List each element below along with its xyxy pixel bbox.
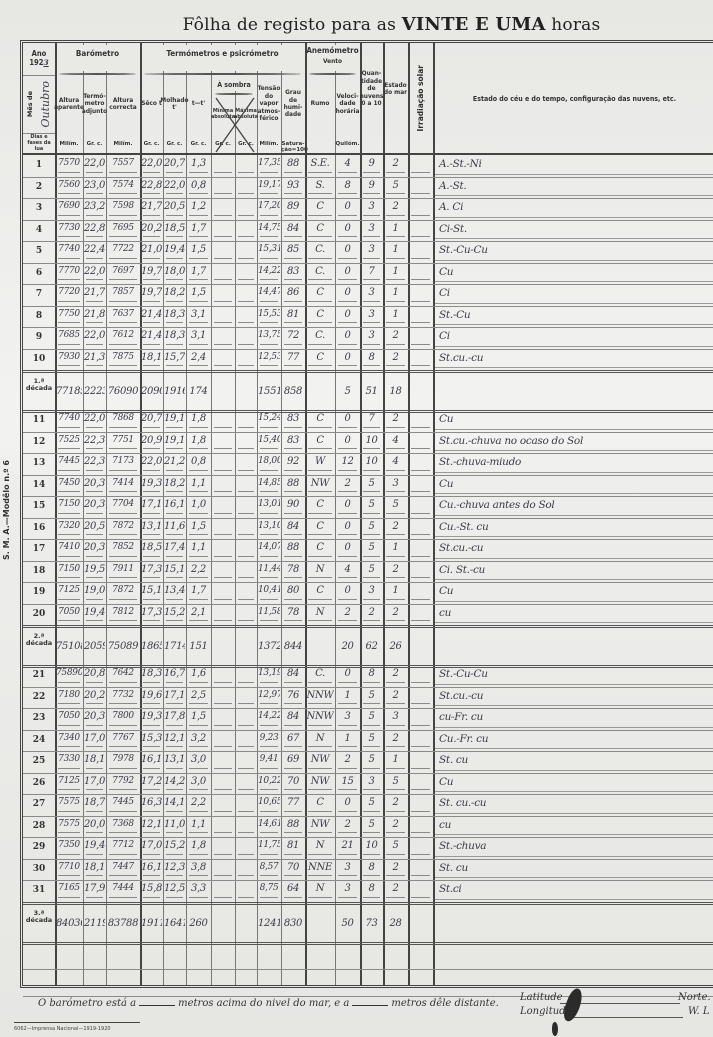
cell-seco[interactable]: 21,4 bbox=[141, 309, 162, 320]
cell-seco[interactable]: 18,1 bbox=[141, 352, 162, 363]
cell-alt-ap[interactable]: 7450 bbox=[56, 478, 82, 488]
cell-vel[interactable]: 0 bbox=[336, 585, 359, 596]
cell-molh[interactable]: 22,0 bbox=[164, 180, 185, 191]
cell-sky-description[interactable]: St.cu.-cu bbox=[435, 542, 709, 554]
cell-rumo[interactable]: NNW bbox=[306, 690, 334, 701]
cell-alt-cor[interactable]: 7857 bbox=[107, 287, 139, 297]
cell-hum[interactable]: 89 bbox=[282, 201, 304, 212]
cell-dif[interactable]: 2,1 bbox=[187, 607, 210, 618]
cell-dif[interactable]: 3,0 bbox=[187, 776, 210, 787]
cell-vel[interactable]: 0 bbox=[336, 201, 359, 212]
cell-tensao[interactable]: 10,65 bbox=[258, 797, 280, 807]
cell-hum[interactable]: 90 bbox=[282, 499, 304, 510]
cell-seco[interactable]: 17,2 bbox=[141, 776, 162, 787]
cell-tensao[interactable]: 8,57 bbox=[258, 862, 280, 872]
cell-rumo[interactable]: C. bbox=[306, 668, 334, 679]
cell-term[interactable]: 17,0 bbox=[84, 776, 105, 787]
cell-mar[interactable]: 3 bbox=[384, 711, 407, 722]
cell-tensao[interactable]: 12,53 bbox=[258, 352, 280, 362]
cell-term[interactable]: 20,3 bbox=[84, 478, 105, 489]
cell-hum[interactable]: 85 bbox=[282, 244, 304, 255]
cell-seco[interactable]: 12,1 bbox=[141, 819, 162, 830]
cell-molh[interactable]: 11,6 bbox=[164, 521, 185, 532]
cell-sky-description[interactable]: St.cu.-chuva no ocaso do Sol bbox=[435, 435, 709, 447]
cell-alt-cor[interactable]: 7852 bbox=[107, 542, 139, 552]
cell-seco[interactable]: 1865 bbox=[141, 641, 162, 652]
cell-hum[interactable]: 80 bbox=[282, 585, 304, 596]
cell-molh[interactable]: 15,7 bbox=[164, 352, 185, 363]
cell-rumo[interactable]: C bbox=[306, 309, 334, 320]
cell-alt-ap[interactable]: 77185 bbox=[56, 386, 82, 397]
cell-seco[interactable]: 13,1 bbox=[141, 521, 162, 532]
cell-molh[interactable]: 14,2 bbox=[164, 776, 185, 787]
cell-alt-ap[interactable]: 7690 bbox=[56, 201, 82, 211]
cell-term[interactable]: 22,8 bbox=[84, 223, 105, 234]
cell-sky-description[interactable]: cu bbox=[435, 819, 709, 831]
cell-hum[interactable]: 844 bbox=[282, 641, 304, 652]
cell-alt-ap[interactable]: 7770 bbox=[56, 266, 82, 276]
cell-term[interactable]: 23,0 bbox=[84, 180, 105, 191]
cell-vel[interactable]: 0 bbox=[336, 244, 359, 255]
cell-sky-description[interactable]: St. cu bbox=[435, 862, 709, 874]
cell-nuv[interactable]: 5 bbox=[361, 797, 382, 808]
cell-rumo[interactable]: NNE bbox=[306, 862, 334, 873]
cell-alt-ap[interactable]: 7560 bbox=[56, 180, 82, 190]
cell-seco[interactable]: 20,7 bbox=[141, 413, 162, 424]
cell-vel[interactable]: 0 bbox=[336, 330, 359, 341]
cell-term[interactable]: 19,4 bbox=[84, 607, 105, 618]
cell-sky-description[interactable]: Ci-St. bbox=[435, 223, 709, 235]
cell-term[interactable]: 22,0 bbox=[84, 413, 105, 424]
cell-rumo[interactable]: N bbox=[306, 564, 334, 575]
cell-hum[interactable]: 83 bbox=[282, 266, 304, 277]
cell-tensao[interactable]: 15,31 bbox=[258, 244, 280, 254]
cell-rumo[interactable]: C bbox=[306, 585, 334, 596]
cell-hum[interactable]: 81 bbox=[282, 840, 304, 851]
cell-mar[interactable]: 1 bbox=[384, 244, 407, 255]
cell-dif[interactable]: 2,4 bbox=[187, 352, 210, 363]
cell-dif[interactable]: 1,6 bbox=[187, 668, 210, 679]
cell-dif[interactable]: 2,2 bbox=[187, 797, 210, 808]
cell-molh[interactable]: 20,5 bbox=[164, 201, 185, 212]
cell-seco[interactable]: 17,3 bbox=[141, 564, 162, 575]
cell-mar[interactable]: 2 bbox=[384, 521, 407, 532]
cell-rumo[interactable]: C. bbox=[306, 330, 334, 341]
cell-rumo[interactable]: S. bbox=[306, 180, 334, 191]
cell-mar[interactable]: 1 bbox=[384, 754, 407, 765]
cell-term[interactable]: 22,3 bbox=[84, 435, 105, 446]
cell-alt-cor[interactable]: 83788 bbox=[107, 918, 139, 929]
cell-hum[interactable]: 77 bbox=[282, 797, 304, 808]
cell-term[interactable]: 22,4 bbox=[84, 244, 105, 255]
cell-dif[interactable]: 0,8 bbox=[187, 180, 210, 191]
cell-seco[interactable]: 15,3 bbox=[141, 733, 162, 744]
cell-rumo[interactable]: C bbox=[306, 201, 334, 212]
cell-mar[interactable]: 2 bbox=[384, 690, 407, 701]
cell-alt-ap[interactable]: 7150 bbox=[56, 499, 82, 509]
cell-sky-description[interactable]: St. cu bbox=[435, 754, 709, 766]
cell-hum[interactable]: 93 bbox=[282, 180, 304, 191]
cell-nuv[interactable]: 10 bbox=[361, 840, 382, 851]
cell-mar[interactable]: 5 bbox=[384, 180, 407, 191]
cell-dif[interactable]: 1,5 bbox=[187, 244, 210, 255]
cell-sky-description[interactable]: A.-St.-Ni bbox=[435, 158, 709, 170]
cell-dif[interactable]: 1,1 bbox=[187, 478, 210, 489]
cell-mar[interactable]: 2 bbox=[384, 733, 407, 744]
cell-sky-description[interactable]: St.ci bbox=[435, 883, 709, 895]
cell-nuv[interactable]: 10 bbox=[361, 435, 382, 446]
cell-nuv[interactable]: 8 bbox=[361, 352, 382, 363]
cell-molh[interactable]: 18,2 bbox=[164, 478, 185, 489]
cell-alt-ap[interactable]: 75108 bbox=[56, 641, 82, 652]
cell-hum[interactable]: 76 bbox=[282, 690, 304, 701]
cell-hum[interactable]: 86 bbox=[282, 287, 304, 298]
cell-mar[interactable]: 2 bbox=[384, 564, 407, 575]
cell-mar[interactable]: 2 bbox=[384, 862, 407, 873]
cell-mar[interactable]: 3 bbox=[384, 478, 407, 489]
cell-alt-ap[interactable]: 7165 bbox=[56, 883, 82, 893]
cell-hum[interactable]: 88 bbox=[282, 819, 304, 830]
cell-dif[interactable]: 1,5 bbox=[187, 287, 210, 298]
cell-rumo[interactable]: NW bbox=[306, 754, 334, 765]
cell-sky-description[interactable]: St.cu.-cu bbox=[435, 690, 709, 702]
cell-tensao[interactable]: 14,22 bbox=[258, 266, 280, 276]
cell-seco[interactable]: 19,3 bbox=[141, 478, 162, 489]
cell-tensao[interactable]: 14,85 bbox=[258, 478, 280, 488]
cell-seco[interactable]: 17,1 bbox=[141, 499, 162, 510]
cell-molh[interactable]: 17,8 bbox=[164, 711, 185, 722]
cell-term[interactable]: 21,3 bbox=[84, 352, 105, 363]
cell-vel[interactable]: 0 bbox=[336, 287, 359, 298]
cell-molh[interactable]: 18,5 bbox=[164, 223, 185, 234]
cell-term[interactable]: 22,3 bbox=[84, 456, 105, 467]
cell-nuv[interactable]: 8 bbox=[361, 668, 382, 679]
cell-molh[interactable]: 13,4 bbox=[164, 585, 185, 596]
cell-rumo[interactable]: NNW bbox=[306, 711, 334, 722]
cell-alt-ap[interactable]: 7730 bbox=[56, 223, 82, 233]
cell-alt-ap[interactable]: 7050 bbox=[56, 711, 82, 721]
cell-mar[interactable]: 2 bbox=[384, 668, 407, 679]
cell-rumo[interactable]: NW bbox=[306, 478, 334, 489]
cell-alt-ap[interactable]: 7525 bbox=[56, 435, 82, 445]
cell-nuv[interactable]: 2 bbox=[361, 607, 382, 618]
cell-tensao[interactable]: 9,23 bbox=[258, 733, 280, 743]
cell-mar[interactable]: 1 bbox=[384, 309, 407, 320]
cell-tensao[interactable]: 10,22 bbox=[258, 776, 280, 786]
cell-alt-ap[interactable]: 7740 bbox=[56, 413, 82, 423]
cell-hum[interactable]: 69 bbox=[282, 754, 304, 765]
cell-dif[interactable]: 3,0 bbox=[187, 754, 210, 765]
cell-alt-cor[interactable]: 7637 bbox=[107, 309, 139, 319]
cell-sky-description[interactable]: A.-St. bbox=[435, 180, 709, 192]
cell-alt-cor[interactable]: 7444 bbox=[107, 883, 139, 893]
cell-molh[interactable]: 20,7 bbox=[164, 158, 185, 169]
cell-dif[interactable]: 1,8 bbox=[187, 840, 210, 851]
cell-sky-description[interactable]: Cu bbox=[435, 776, 709, 788]
cell-tensao[interactable]: 18,00 bbox=[258, 456, 280, 466]
cell-vel[interactable]: 8 bbox=[336, 180, 359, 191]
cell-vel[interactable]: 5 bbox=[336, 386, 359, 397]
cell-tensao[interactable]: 14,75 bbox=[258, 223, 280, 233]
cell-vel[interactable]: 0 bbox=[336, 542, 359, 553]
cell-rumo[interactable]: N bbox=[306, 607, 334, 618]
distance-blank[interactable] bbox=[352, 1005, 388, 1006]
cell-term[interactable]: 20,0 bbox=[84, 819, 105, 830]
cell-vel[interactable]: 0 bbox=[336, 521, 359, 532]
cell-hum[interactable]: 830 bbox=[282, 918, 304, 929]
cell-sky-description[interactable]: Cu.-St. cu bbox=[435, 521, 709, 533]
cell-molh[interactable]: 11,0 bbox=[164, 819, 185, 830]
cell-dif[interactable]: 1,7 bbox=[187, 223, 210, 234]
cell-alt-ap[interactable]: 7710 bbox=[56, 862, 82, 872]
cell-hum[interactable]: 84 bbox=[282, 521, 304, 532]
cell-alt-ap[interactable]: 7350 bbox=[56, 840, 82, 850]
longitude-field[interactable] bbox=[565, 1017, 683, 1018]
cell-molh[interactable]: 16,7 bbox=[164, 668, 185, 679]
cell-nuv[interactable]: 3 bbox=[361, 244, 382, 255]
cell-hum[interactable]: 83 bbox=[282, 413, 304, 424]
cell-dif[interactable]: 3,1 bbox=[187, 309, 210, 320]
cell-term[interactable]: 19,4 bbox=[84, 840, 105, 851]
cell-dif[interactable]: 3,8 bbox=[187, 862, 210, 873]
cell-alt-cor[interactable]: 7695 bbox=[107, 223, 139, 233]
cell-molh[interactable]: 12,1 bbox=[164, 733, 185, 744]
cell-tensao[interactable]: 11,44 bbox=[258, 564, 280, 574]
cell-seco[interactable]: 19,7 bbox=[141, 266, 162, 277]
cell-seco[interactable]: 19,7 bbox=[141, 287, 162, 298]
cell-seco[interactable]: 17,3 bbox=[141, 607, 162, 618]
cell-nuv[interactable]: 3 bbox=[361, 776, 382, 787]
cell-alt-cor[interactable]: 7368 bbox=[107, 819, 139, 829]
cell-alt-cor[interactable]: 7978 bbox=[107, 754, 139, 764]
cell-mar[interactable]: 2 bbox=[384, 330, 407, 341]
cell-alt-cor[interactable]: 7173 bbox=[107, 456, 139, 466]
cell-vel[interactable]: 2 bbox=[336, 607, 359, 618]
cell-alt-cor[interactable]: 7445 bbox=[107, 797, 139, 807]
cell-alt-ap[interactable]: 7720 bbox=[56, 287, 82, 297]
cell-nuv[interactable]: 3 bbox=[361, 330, 382, 341]
cell-seco[interactable]: 19,3 bbox=[141, 711, 162, 722]
cell-mar[interactable]: 2 bbox=[384, 797, 407, 808]
cell-seco[interactable]: 22,8 bbox=[141, 180, 162, 191]
cell-rumo[interactable]: NW bbox=[306, 819, 334, 830]
cell-mar[interactable]: 5 bbox=[384, 776, 407, 787]
cell-mar[interactable]: 2 bbox=[384, 607, 407, 618]
cell-dif[interactable]: 2,5 bbox=[187, 690, 210, 701]
cell-alt-cor[interactable]: 7642 bbox=[107, 668, 139, 678]
cell-vel[interactable]: 4 bbox=[336, 158, 359, 169]
cell-alt-cor[interactable]: 76090 bbox=[107, 386, 139, 397]
cell-mar[interactable]: 4 bbox=[384, 435, 407, 446]
cell-molh[interactable]: 18,2 bbox=[164, 287, 185, 298]
cell-nuv[interactable]: 9 bbox=[361, 180, 382, 191]
cell-alt-cor[interactable]: 7557 bbox=[107, 158, 139, 168]
cell-mar[interactable]: 5 bbox=[384, 840, 407, 851]
cell-nuv[interactable]: 5 bbox=[361, 478, 382, 489]
cell-molh[interactable]: 17,4 bbox=[164, 542, 185, 553]
cell-sky-description[interactable]: Cu bbox=[435, 413, 709, 425]
cell-nuv[interactable]: 10 bbox=[361, 456, 382, 467]
cell-tensao[interactable]: 15,40 bbox=[258, 435, 280, 445]
cell-vel[interactable]: 0 bbox=[336, 413, 359, 424]
cell-vel[interactable]: 50 bbox=[336, 918, 359, 929]
cell-vel[interactable]: 0 bbox=[336, 797, 359, 808]
cell-vel[interactable]: 1 bbox=[336, 733, 359, 744]
cell-mar[interactable]: 1 bbox=[384, 585, 407, 596]
cell-nuv[interactable]: 8 bbox=[361, 862, 382, 873]
cell-nuv[interactable]: 3 bbox=[361, 585, 382, 596]
cell-tensao[interactable]: 13,19 bbox=[258, 668, 280, 678]
altitude-blank[interactable] bbox=[139, 1005, 175, 1006]
cell-seco[interactable]: 17,0 bbox=[141, 840, 162, 851]
cell-hum[interactable]: 84 bbox=[282, 223, 304, 234]
cell-term[interactable]: 22,0 bbox=[84, 266, 105, 277]
cell-seco[interactable]: 21,0 bbox=[141, 244, 162, 255]
cell-vel[interactable]: 1 bbox=[336, 690, 359, 701]
cell-molh[interactable]: 19,1 bbox=[164, 435, 185, 446]
cell-nuv[interactable]: 5 bbox=[361, 542, 382, 553]
cell-mar[interactable]: 1 bbox=[384, 542, 407, 553]
cell-alt-cor[interactable]: 7598 bbox=[107, 201, 139, 211]
cell-mar[interactable]: 18 bbox=[384, 386, 407, 397]
cell-rumo[interactable]: N bbox=[306, 733, 334, 744]
cell-seco[interactable]: 18,5 bbox=[141, 542, 162, 553]
cell-molh[interactable]: 18,3 bbox=[164, 309, 185, 320]
cell-nuv[interactable]: 9 bbox=[361, 158, 382, 169]
cell-alt-cor[interactable]: 7812 bbox=[107, 607, 139, 617]
cell-rumo[interactable]: N bbox=[306, 883, 334, 894]
cell-alt-ap[interactable]: 7050 bbox=[56, 607, 82, 617]
cell-hum[interactable]: 64 bbox=[282, 883, 304, 894]
cell-term[interactable]: 20,5 bbox=[84, 521, 105, 532]
cell-tensao[interactable]: 14,07 bbox=[258, 542, 280, 552]
cell-tensao[interactable]: 10,41 bbox=[258, 585, 280, 595]
cell-term[interactable]: 22,0 bbox=[84, 158, 105, 169]
cell-seco[interactable]: 22,0 bbox=[141, 456, 162, 467]
cell-hum[interactable]: 67 bbox=[282, 733, 304, 744]
cell-hum[interactable]: 84 bbox=[282, 711, 304, 722]
cell-alt-cor[interactable]: 7697 bbox=[107, 266, 139, 276]
cell-rumo[interactable]: C bbox=[306, 797, 334, 808]
cell-dif[interactable]: 1,3 bbox=[187, 158, 210, 169]
cell-alt-ap[interactable]: 7740 bbox=[56, 244, 82, 254]
cell-tensao[interactable]: 15,53 bbox=[258, 309, 280, 319]
cell-hum[interactable]: 70 bbox=[282, 862, 304, 873]
cell-sky-description[interactable]: Cu.-Fr. cu bbox=[435, 733, 709, 745]
cell-dif[interactable]: 1,2 bbox=[187, 201, 210, 212]
cell-alt-cor[interactable]: 7792 bbox=[107, 776, 139, 786]
cell-mar[interactable]: 5 bbox=[384, 499, 407, 510]
cell-seco[interactable]: 19,6 bbox=[141, 690, 162, 701]
cell-nuv[interactable]: 5 bbox=[361, 819, 382, 830]
cell-mar[interactable]: 2 bbox=[384, 413, 407, 424]
cell-nuv[interactable]: 3 bbox=[361, 287, 382, 298]
cell-molh[interactable]: 15,1 bbox=[164, 564, 185, 575]
cell-seco[interactable]: 16,3 bbox=[141, 797, 162, 808]
cell-nuv[interactable]: 5 bbox=[361, 690, 382, 701]
cell-sky-description[interactable]: Cu bbox=[435, 478, 709, 490]
cell-rumo[interactable]: C bbox=[306, 413, 334, 424]
cell-seco[interactable]: 16,1 bbox=[141, 862, 162, 873]
cell-sky-description[interactable]: Ci bbox=[435, 330, 709, 342]
cell-dif[interactable]: 1,8 bbox=[187, 413, 210, 424]
cell-sky-description[interactable]: Cu bbox=[435, 266, 709, 278]
cell-rumo[interactable]: W bbox=[306, 456, 334, 467]
cell-rumo[interactable]: C. bbox=[306, 244, 334, 255]
cell-alt-ap[interactable]: 7320 bbox=[56, 521, 82, 531]
cell-alt-cor[interactable]: 7872 bbox=[107, 521, 139, 531]
cell-sky-description[interactable]: St.-Cu bbox=[435, 309, 709, 321]
cell-dif[interactable]: 174 bbox=[187, 386, 210, 397]
cell-tensao[interactable]: 13,01 bbox=[258, 499, 280, 509]
cell-nuv[interactable]: 3 bbox=[361, 201, 382, 212]
cell-term[interactable]: 20,3 bbox=[84, 711, 105, 722]
cell-vel[interactable]: 2 bbox=[336, 819, 359, 830]
cell-alt-cor[interactable]: 7732 bbox=[107, 690, 139, 700]
cell-tensao[interactable]: 17,35 bbox=[258, 158, 280, 168]
cell-sky-description[interactable]: Ci. St.-cu bbox=[435, 564, 709, 576]
cell-term[interactable]: 18,7 bbox=[84, 797, 105, 808]
cell-hum[interactable]: 78 bbox=[282, 607, 304, 618]
cell-tensao[interactable]: 17,20 bbox=[258, 201, 280, 211]
cell-mar[interactable]: 2 bbox=[384, 352, 407, 363]
cell-nuv[interactable]: 73 bbox=[361, 918, 382, 929]
cell-alt-ap[interactable]: 7125 bbox=[56, 776, 82, 786]
cell-vel[interactable]: 3 bbox=[336, 862, 359, 873]
cell-tensao[interactable]: 14,61 bbox=[258, 819, 280, 829]
cell-alt-cor[interactable]: 7447 bbox=[107, 862, 139, 872]
cell-alt-cor[interactable]: 7722 bbox=[107, 244, 139, 254]
cell-rumo[interactable]: C bbox=[306, 542, 334, 553]
cell-term[interactable]: 20,8 bbox=[84, 668, 105, 679]
cell-nuv[interactable]: 51 bbox=[361, 386, 382, 397]
cell-alt-ap[interactable]: 7930 bbox=[56, 352, 82, 362]
cell-seco[interactable]: 1911 bbox=[141, 918, 162, 929]
cell-nuv[interactable]: 7 bbox=[361, 266, 382, 277]
cell-rumo[interactable]: NW bbox=[306, 776, 334, 787]
cell-term[interactable]: 20,3 bbox=[84, 542, 105, 553]
cell-hum[interactable]: 858 bbox=[282, 386, 304, 397]
cell-tensao[interactable]: 15514 bbox=[258, 386, 280, 397]
cell-mar[interactable]: 2 bbox=[384, 201, 407, 212]
cell-seco[interactable]: 21,7 bbox=[141, 201, 162, 212]
cell-tensao[interactable]: 19,17 bbox=[258, 180, 280, 190]
cell-term[interactable]: 22,0 bbox=[84, 330, 105, 341]
cell-sky-description[interactable]: St.-chuva bbox=[435, 840, 709, 852]
cell-alt-ap[interactable]: 7340 bbox=[56, 733, 82, 743]
cell-hum[interactable]: 88 bbox=[282, 478, 304, 489]
cell-alt-cor[interactable]: 7612 bbox=[107, 330, 139, 340]
cell-dif[interactable]: 1,7 bbox=[187, 585, 210, 596]
cell-molh[interactable]: 21,2 bbox=[164, 456, 185, 467]
cell-hum[interactable]: 88 bbox=[282, 542, 304, 553]
cell-nuv[interactable]: 3 bbox=[361, 223, 382, 234]
cell-tensao[interactable]: 9,41 bbox=[258, 754, 280, 764]
cell-sky-description[interactable]: St.-chuva-miudo bbox=[435, 456, 709, 468]
cell-vel[interactable]: 3 bbox=[336, 711, 359, 722]
cell-vel[interactable]: 0 bbox=[336, 435, 359, 446]
cell-alt-ap[interactable]: 75890 bbox=[56, 668, 82, 678]
cell-molh[interactable]: 12,3 bbox=[164, 862, 185, 873]
cell-sky-description[interactable]: Cu bbox=[435, 585, 709, 597]
cell-rumo[interactable]: C bbox=[306, 352, 334, 363]
cell-mar[interactable]: 2 bbox=[384, 883, 407, 894]
cell-nuv[interactable]: 5 bbox=[361, 711, 382, 722]
cell-sky-description[interactable]: St. cu.-cu bbox=[435, 797, 709, 809]
cell-alt-ap[interactable]: 7445 bbox=[56, 456, 82, 466]
cell-term[interactable]: 18,1 bbox=[84, 754, 105, 765]
cell-dif[interactable]: 1,0 bbox=[187, 499, 210, 510]
